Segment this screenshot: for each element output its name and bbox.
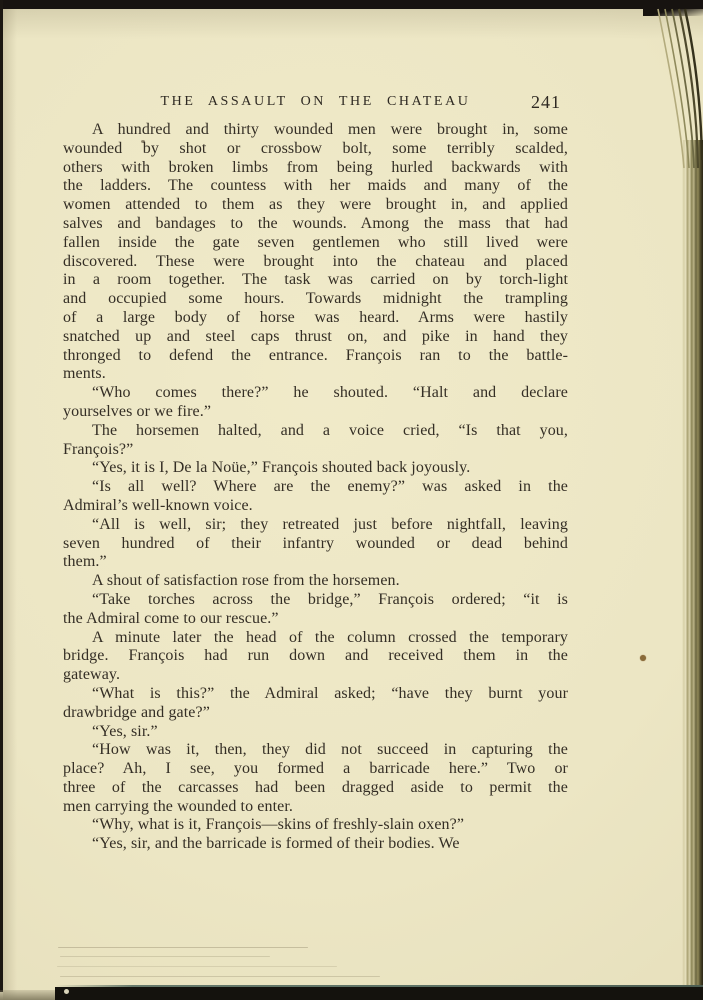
page-curl-line [60, 956, 270, 957]
paragraph: “Who comes there?” he shouted. “Halt and… [63, 384, 568, 422]
book-edge-bottom [55, 987, 703, 1000]
page-number: 241 [531, 92, 561, 113]
paper-shadow-left [3, 0, 17, 1000]
text-line: The horsemen halted, and a voice cried, … [63, 422, 568, 441]
book-page-scan: THE ASSAULT ON THE CHATEAU 241 A hundred… [0, 0, 703, 1000]
paragraph: “Is all well? Where are the enemy?” was … [63, 478, 568, 516]
text-line: the Admiral come to our rescue.” [63, 610, 568, 629]
text-line: François?” [63, 441, 568, 460]
text-line: A shout of satisfaction rose from the ho… [63, 572, 568, 591]
book-edge-left [0, 0, 3, 992]
text-line: in a room together. The task was carried… [63, 271, 568, 290]
text-line: them.” [63, 553, 568, 572]
paragraph: “Yes, it is I, De la Noüe,” François sho… [63, 459, 568, 478]
text-line: “Is all well? Where are the enemy?” was … [63, 478, 568, 497]
chapter-title: THE ASSAULT ON THE CHATEAU [63, 94, 568, 110]
text-line: discovered. These were brought into the … [63, 253, 568, 272]
text-line: yourselves or we fire.” [63, 403, 568, 422]
text-line: “Take torches across the bridge,” Franço… [63, 591, 568, 610]
text-line: place? Ah, I see, you formed a barricade… [63, 760, 568, 779]
paragraph: The horsemen halted, and a voice cried, … [63, 422, 568, 460]
text-line: fallen inside the gate seven gentlemen w… [63, 234, 568, 253]
paragraph: “Yes, sir, and the barricade is formed o… [63, 835, 568, 854]
paragraph: “Why, what is it, François—skins of fres… [63, 816, 568, 835]
text-line: “Yes, sir, and the barricade is formed o… [63, 835, 568, 854]
paragraph: “All is well, sir; they retreated just b… [63, 516, 568, 572]
paragraph: “How was it, then, they did not succeed … [63, 741, 568, 816]
text-line: and occupied some hours. Towards midnigh… [63, 290, 568, 309]
paper-shadow-top [0, 9, 703, 39]
text-line: drawbridge and gate?” [63, 704, 568, 723]
paragraph: A minute later the head of the column cr… [63, 629, 568, 685]
paper-speck [64, 989, 69, 994]
text-line: “How was it, then, they did not succeed … [63, 741, 568, 760]
text-line: Admiral’s well-known voice. [63, 497, 568, 516]
page-curl-line [57, 966, 337, 967]
text-line: A hundred and thirty wounded men were br… [63, 121, 568, 140]
page-curl-line [60, 976, 380, 977]
text-line: wounded by shot or crossbow bolt, some t… [63, 140, 568, 159]
text-line: ments. [63, 365, 568, 384]
text-line: bridge. François had run down and receiv… [63, 647, 568, 666]
paper-speck [640, 655, 646, 661]
page-curl-line [58, 947, 308, 948]
page-text: A hundred and thirty wounded men were br… [63, 121, 568, 854]
text-line: salves and bandages to the wounds. Among… [63, 215, 568, 234]
paragraph: A hundred and thirty wounded men were br… [63, 121, 568, 384]
page-edges-fan-top-right [628, 0, 703, 170]
text-line: “Who comes there?” he shouted. “Halt and… [63, 384, 568, 403]
text-line: “Yes, sir.” [63, 723, 568, 742]
text-line: “What is this?” the Admiral asked; “have… [63, 685, 568, 704]
page-edges-right [682, 140, 703, 1000]
paragraph: “What is this?” the Admiral asked; “have… [63, 685, 568, 723]
book-edge-top [0, 0, 703, 9]
text-line: thronged to defend the entrance. Françoi… [63, 347, 568, 366]
text-line: three of the carcasses had been dragged … [63, 779, 568, 798]
running-head: THE ASSAULT ON THE CHATEAU 241 [63, 94, 568, 112]
text-line: others with broken limbs from being hurl… [63, 159, 568, 178]
text-line: of a large body of horse was heard. Arms… [63, 309, 568, 328]
text-line: snatched up and steel caps thrust on, an… [63, 328, 568, 347]
text-line: A minute later the head of the column cr… [63, 629, 568, 648]
text-line: men carrying the wounded to enter. [63, 798, 568, 817]
text-line: gateway. [63, 666, 568, 685]
text-line: women attended to them as they were brou… [63, 196, 568, 215]
text-line: “Why, what is it, François—skins of fres… [63, 816, 568, 835]
text-line: the ladders. The countess with her maids… [63, 177, 568, 196]
text-line: seven hundred of their infantry wounded … [63, 535, 568, 554]
text-line: “All is well, sir; they retreated just b… [63, 516, 568, 535]
paragraph: A shout of satisfaction rose from the ho… [63, 572, 568, 591]
paragraph: “Yes, sir.” [63, 723, 568, 742]
book-edge-bottom-left [0, 990, 55, 1000]
paragraph: “Take torches across the bridge,” Franço… [63, 591, 568, 629]
text-line: “Yes, it is I, De la Noüe,” François sho… [63, 459, 568, 478]
